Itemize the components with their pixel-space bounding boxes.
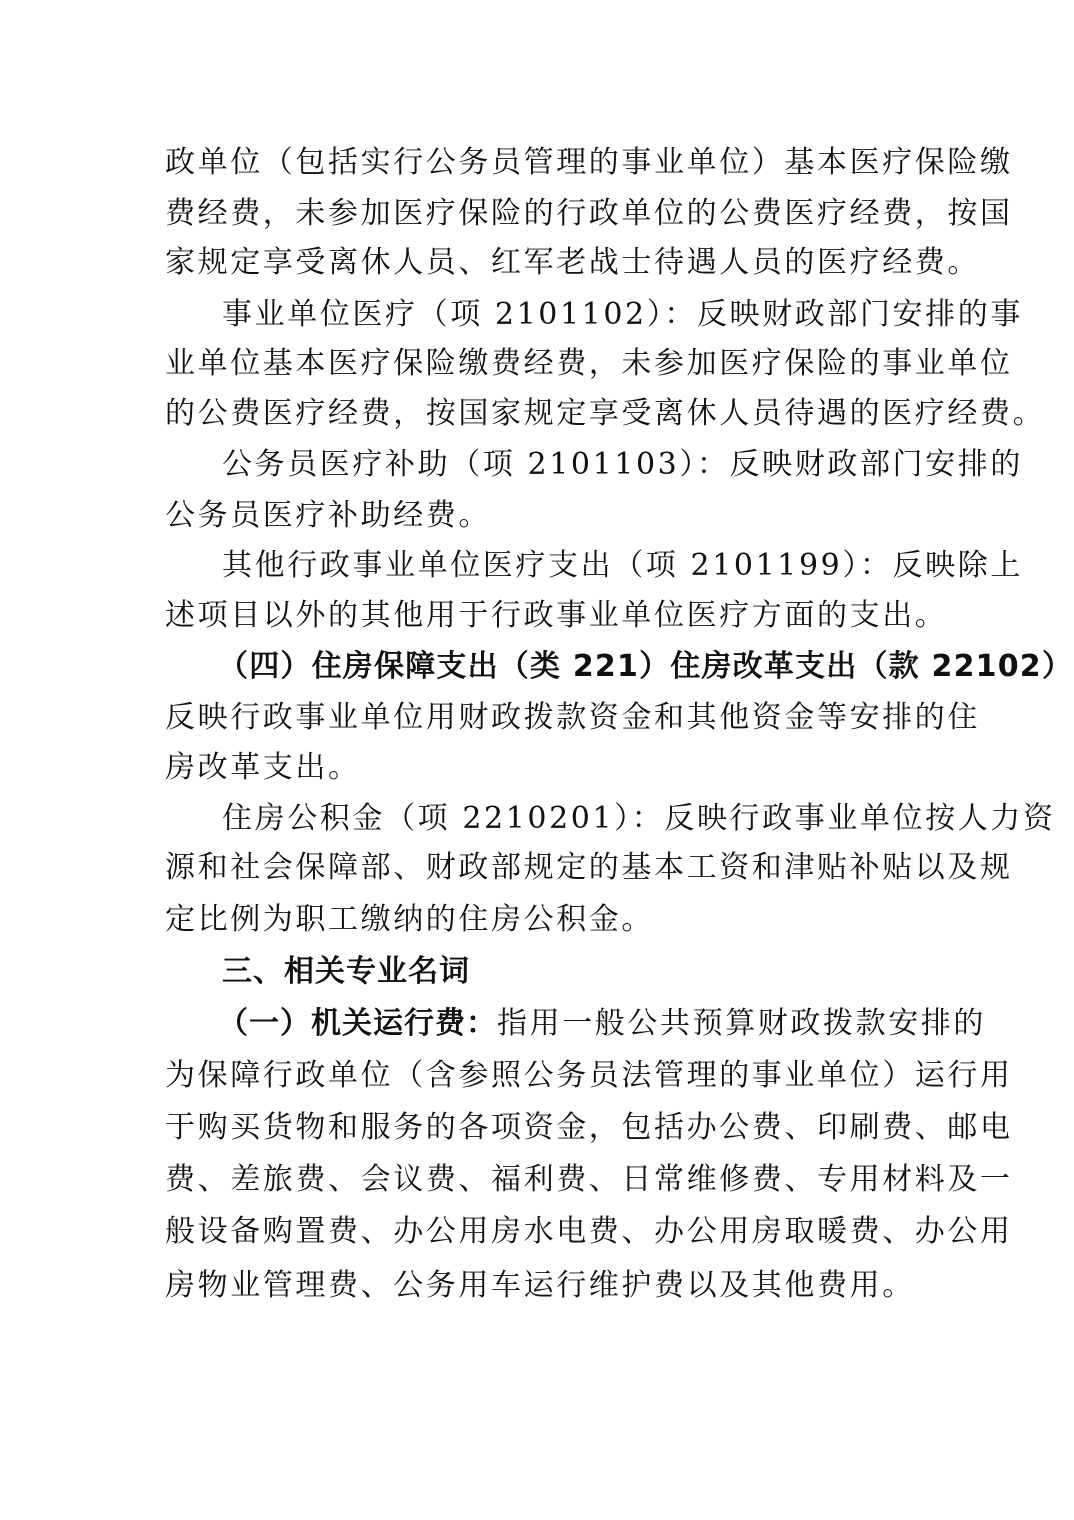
paragraph-line: 于购买货物和服务的各项资金，包括办公费、印刷费、邮电 [165,1108,925,1148]
paragraph-line: 房物业管理费、公务用车运行维护费以及其他费用。 [165,1266,925,1306]
chapter-heading-terms: 三、相关专业名词 [222,952,982,992]
item-housing-provident-fund: 住房公积金（项 2210201）：反映行政事业单位按人力资 [222,799,982,839]
paragraph-line: 的公费医疗经费，按国家规定享受离休人员待遇的医疗经费。 [165,394,925,434]
paragraph-line: 为保障行政单位（含参照公务员法管理的事业单位）运行用 [165,1056,925,1096]
term-title: （一）机关运行费： [218,1006,497,1041]
paragraph-line: 费、差旅费、会议费、福利费、日常维修费、专用材料及一 [165,1160,925,1200]
paragraph-line: 房改革支出。 [165,748,925,788]
paragraph-line: 政单位（包括实行公务员管理的事业单位）基本医疗保险缴 [165,143,925,183]
paragraph-line: 公务员医疗补助经费。 [165,496,925,536]
paragraph-line: 源和社会保障部、财政部规定的基本工资和津贴补贴以及规 [165,848,925,888]
paragraph-line: 反映行政事业单位用财政拨款资金和其他资金等安排的住 [165,698,925,738]
document-page: 政单位（包括实行公务员管理的事业单位）基本医疗保险缴 费经费，未参加医疗保险的行… [0,0,1074,1520]
paragraph-line: 述项目以外的其他用于行政事业单位医疗方面的支出。 [165,596,925,636]
item-other-medical-expenditure: 其他行政事业单位医疗支出（项 2101199）：反映除上 [222,546,982,586]
paragraph-line: 家规定享受离休人员、红军老战士待遇人员的医疗经费。 [165,243,925,283]
section-heading-housing: （四）住房保障支出（类 221）住房改革支出（款 22102）: [218,647,978,687]
paragraph-line: 费经费，未参加医疗保险的行政单位的公费医疗经费，按国 [165,194,925,234]
paragraph-line: 定比例为职工缴纳的住房公积金。 [165,900,925,940]
paragraph-line: 般设备购置费、办公用房水电费、办公用房取暖费、办公用 [165,1212,925,1252]
paragraph-line: 业单位基本医疗保险缴费经费，未参加医疗保险的事业单位 [165,344,925,384]
item-medical-public-institutions: 事业单位医疗（项 2101102）：反映财政部门安排的事 [222,295,982,335]
term-operating-expenses: （一）机关运行费：指用一般公共预算财政拨款安排的 [218,1004,978,1044]
item-civil-servant-medical-subsidy: 公务员医疗补助（项 2101103）：反映财政部门安排的 [222,445,982,485]
term-definition: 指用一般公共预算财政拨款安排的 [497,1006,986,1041]
